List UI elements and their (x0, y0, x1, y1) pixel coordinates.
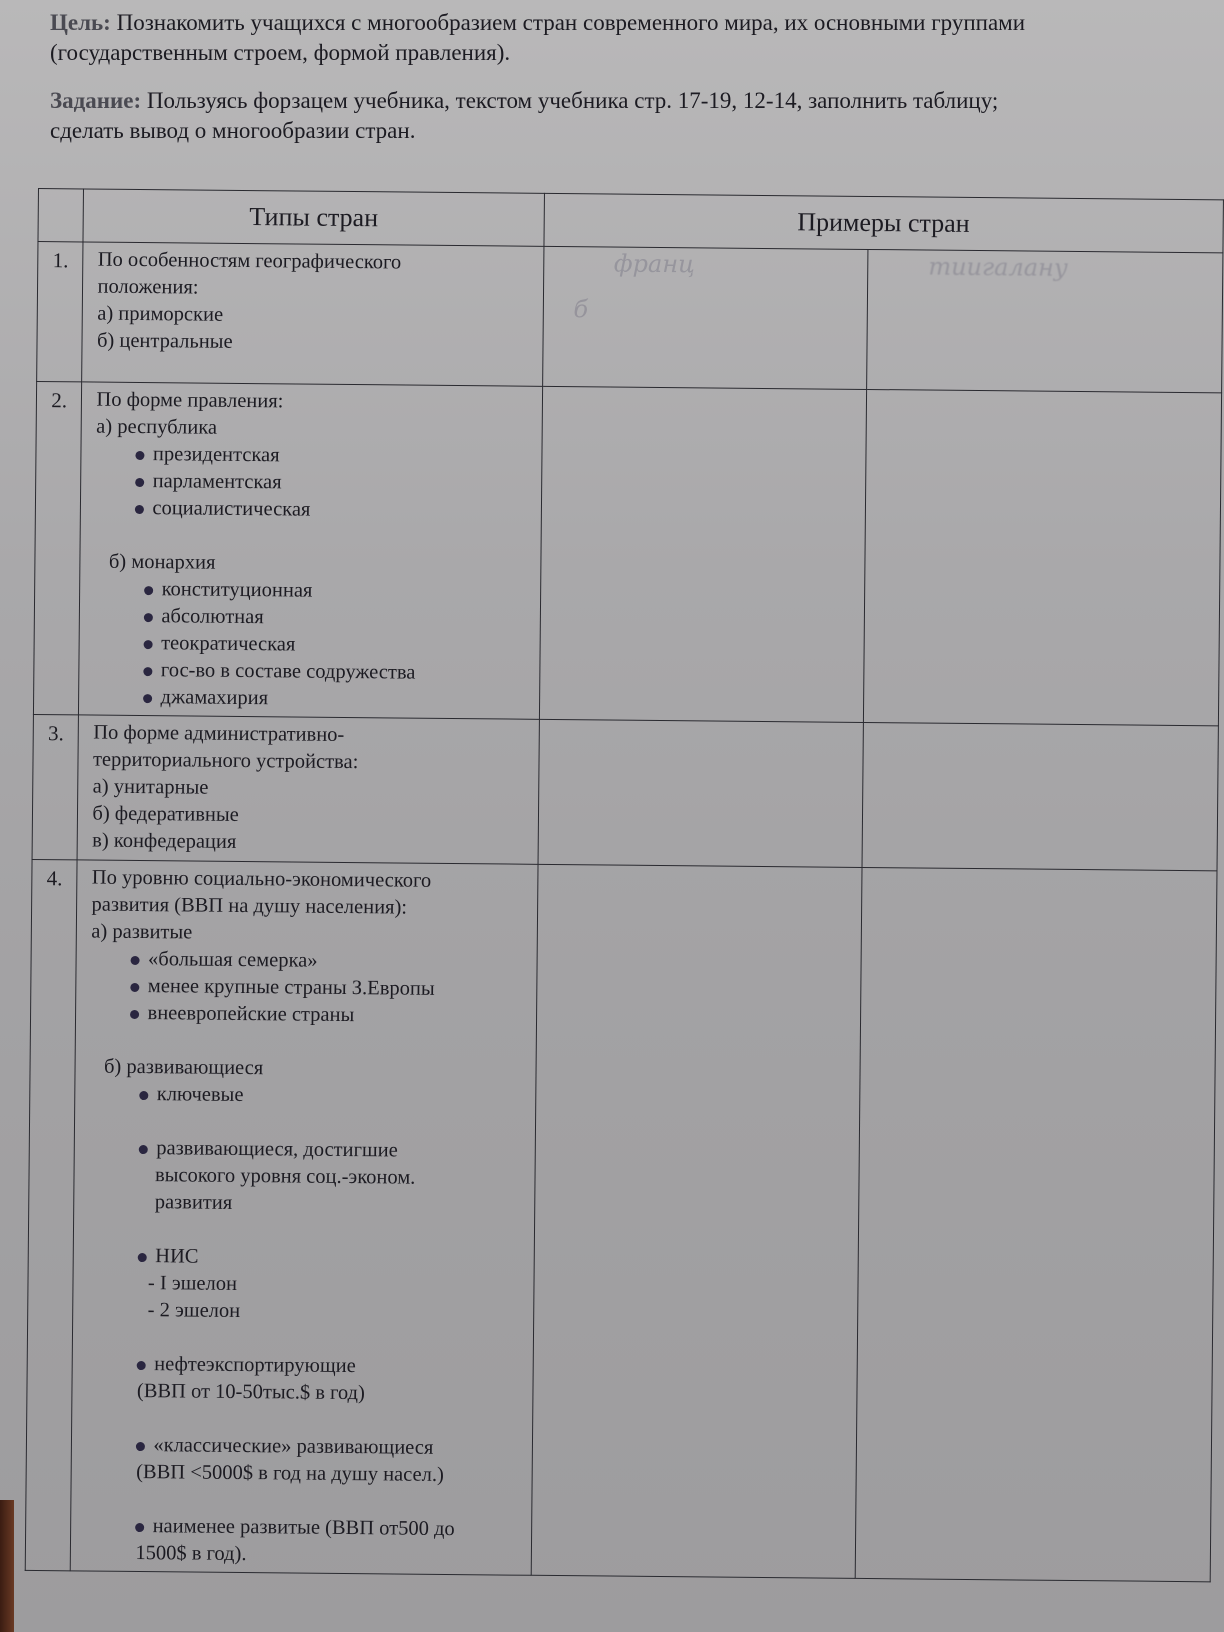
task-line-2: сделать вывод о многообразии стран. (50, 116, 1224, 146)
country-types-table: Типы стран Примеры стран 1. По особеннос… (25, 188, 1224, 1582)
handwritten-note: франц (614, 250, 695, 279)
bullet-icon (135, 505, 144, 514)
group-label: а) развитые (91, 919, 536, 950)
bullet-icon (131, 983, 140, 992)
handwritten-note: б (573, 295, 588, 323)
task-text: Пользуясь форзацем учебника, текстом уче… (147, 88, 998, 113)
bullet-icon (136, 1442, 145, 1451)
row-title: территориального устройства: (93, 747, 538, 778)
bullet-icon (145, 586, 154, 595)
bullet-icon (138, 1253, 147, 1262)
sub-item: - I эшелон (88, 1270, 533, 1301)
bullet-item: «классические» развивающиеся (86, 1432, 531, 1463)
bullet-item: парламентская (96, 468, 541, 499)
bullet-icon (136, 478, 145, 487)
col-header-types: Типы стран (83, 189, 544, 246)
bullet-item: нефтеэкспортирующие (87, 1351, 532, 1382)
bullet-item: ключевые (90, 1081, 535, 1112)
row-title: По уровню социально-экономического (92, 865, 537, 896)
bullet-icon (139, 1145, 148, 1154)
row-number: 1. (37, 242, 84, 382)
worksheet-header: Цель: Познакомить учащихся с многообрази… (50, 8, 1224, 146)
bullet-icon (131, 1010, 140, 1019)
bullet-item: абсолютная (94, 603, 539, 634)
table-row: 3. По форме административно- территориал… (32, 714, 1218, 870)
row-item: в) конфедерация (92, 828, 537, 859)
examples-cell-b[interactable] (855, 867, 1217, 1581)
col-header-examples: Примеры стран (543, 193, 1223, 253)
bullet-continuation: развития (89, 1189, 534, 1220)
row-number: 4. (25, 859, 77, 1570)
examples-cell-a[interactable]: франц б (542, 246, 868, 389)
examples-cell-a[interactable] (539, 386, 867, 722)
bullet-item: социалистическая (95, 495, 540, 526)
table-row: 1. По особенностям географического полож… (37, 242, 1223, 393)
row-type-cell: По уровню социально-экономического разви… (71, 860, 538, 1575)
row-type-cell: По особенностям географического положени… (82, 242, 543, 386)
bullet-icon (137, 1361, 146, 1370)
bullet-item: джамахирия (93, 684, 538, 715)
row-item: а) приморские (97, 301, 542, 332)
row-number: 3. (32, 714, 79, 859)
row-title: развития (ВВП на душу населения): (91, 892, 536, 923)
goal-text-2: (государственным строем, формой правлени… (50, 40, 510, 65)
row-item: б) центральные (97, 328, 542, 359)
task-text-2: сделать вывод о многообразии стран. (50, 118, 415, 143)
bullet-icon (131, 956, 140, 965)
row-number: 2. (33, 381, 82, 714)
bullet-icon (144, 640, 153, 649)
bullet-continuation: 1500$ в год). (85, 1540, 530, 1571)
table-row: 2. По форме правления: а) республика пре… (33, 381, 1221, 725)
goal-line-1: Цель: Познакомить учащихся с многообрази… (50, 8, 1224, 38)
goal-line-2: (государственным строем, формой правлени… (50, 38, 1224, 68)
goal-label: Цель: (50, 10, 111, 35)
col-header-num (38, 189, 84, 242)
bullet-item: гос-во в составе содружества (94, 657, 539, 688)
bullet-item: президентская (96, 441, 541, 472)
examples-cell-a[interactable] (538, 719, 864, 867)
bullet-item: конституционная (95, 576, 540, 607)
row-title: По форме административно- (93, 720, 538, 751)
bullet-item: менее крупные страны З.Европы (91, 973, 536, 1004)
task-label: Задание: (50, 88, 141, 113)
desk-edge (0, 1500, 14, 1632)
row-item: б) федеративные (92, 801, 537, 832)
group-label: б) развивающиеся (90, 1054, 535, 1085)
task-line-1: Задание: Пользуясь форзацем учебника, те… (50, 86, 1224, 116)
bullet-item: теократическая (94, 630, 539, 661)
bullet-icon (144, 667, 153, 676)
examples-cell-a[interactable] (531, 864, 862, 1578)
handwritten-note-illegible: тиигалану (928, 253, 1068, 282)
examples-cell-b[interactable] (863, 389, 1221, 725)
row-title: положения: (97, 274, 542, 305)
bullet-icon (136, 451, 145, 460)
bullet-icon (144, 613, 153, 622)
bullet-continuation: высокого уровня соц.-эконом. (89, 1162, 534, 1193)
bullet-continuation: (ВВП от 10-50тыс.$ в год) (87, 1378, 532, 1409)
bullet-icon (136, 1523, 145, 1532)
bullet-item: «большая семерка» (91, 946, 536, 977)
examples-cell-b[interactable] (862, 722, 1218, 870)
bullet-item: развивающиеся, достигшие (89, 1135, 534, 1166)
bullet-item: наименее развитые (ВВП от500 до (86, 1513, 531, 1544)
table-row: 4. По уровню социально-экономического ра… (25, 859, 1217, 1581)
sub-item: - 2 эшелон (88, 1297, 533, 1328)
row-type-cell: По форме правления: а) республика презид… (79, 382, 542, 719)
row-title: По форме правления: (96, 387, 541, 418)
group-label: а) республика (96, 414, 541, 445)
examples-cell-b[interactable]: тиигалану (867, 249, 1223, 392)
row-type-cell: По форме административно- территориально… (78, 715, 539, 864)
goal-text: Познакомить учащихся с многообразием стр… (117, 10, 1025, 35)
group-label: б) монархия (95, 549, 540, 580)
bullet-icon (140, 1091, 149, 1100)
bullet-item: НИС (88, 1243, 533, 1274)
bullet-continuation: (ВВП <5000$ в год на душу насел.) (86, 1459, 531, 1490)
bullet-icon (144, 694, 153, 703)
row-item: а) унитарные (93, 774, 538, 805)
bullet-item: внеевропейские страны (90, 1000, 535, 1031)
row-title: По особенностям географического (98, 247, 543, 278)
